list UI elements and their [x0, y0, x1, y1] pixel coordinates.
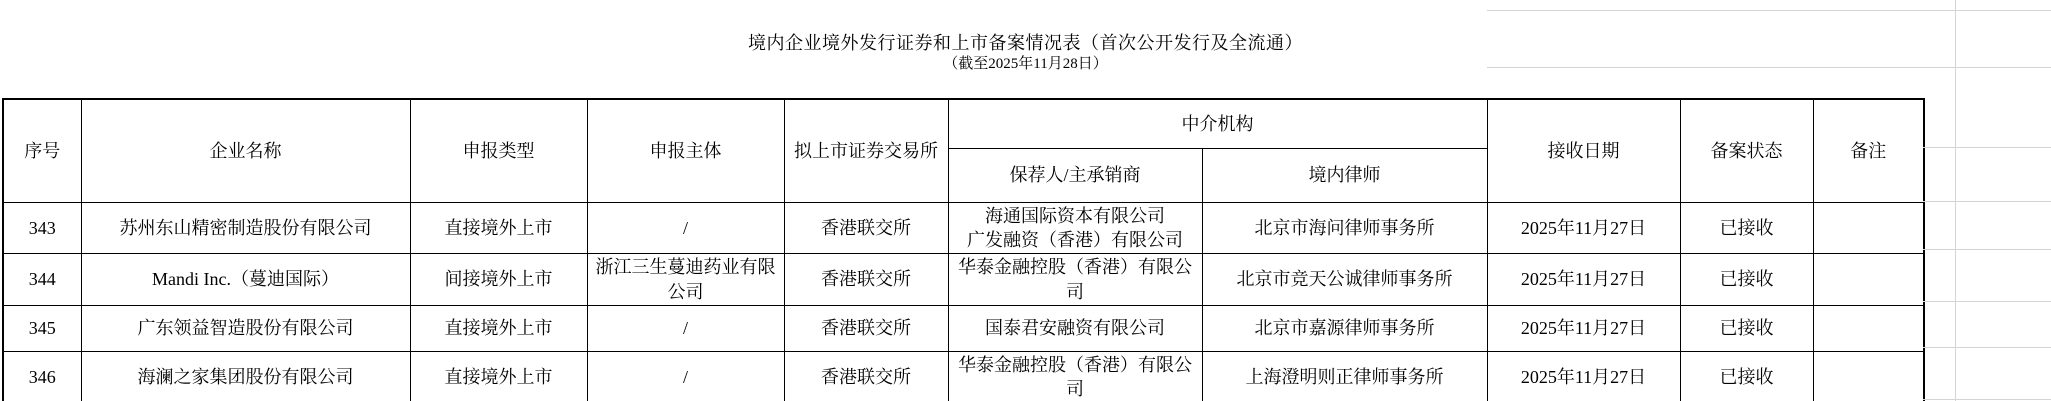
- cell-filing-entity: /: [587, 306, 784, 352]
- table-row: 346 海澜之家集团股份有限公司 直接境外上市 / 香港联交所 华泰金融控股（香…: [3, 352, 1924, 401]
- cell-filing-entity: /: [587, 202, 784, 254]
- cell-exchange: 香港联交所: [784, 254, 948, 306]
- cell-company: Mandi Inc.（蔓迪国际）: [81, 254, 410, 306]
- cell-seq: 343: [3, 202, 81, 254]
- cell-domestic-lawyer: 北京市海问律师事务所: [1202, 202, 1487, 254]
- col-header-seq: 序号: [3, 99, 81, 202]
- cell-receipt-date: 2025年11月27日: [1487, 306, 1680, 352]
- spreadsheet-page: 境内企业境外发行证券和上市备案情况表（首次公开发行及全流通） （截至2025年1…: [0, 0, 2051, 401]
- gridline-horizontal: [1487, 10, 2051, 11]
- cell-company: 苏州东山精密制造股份有限公司: [81, 202, 410, 254]
- cell-domestic-lawyer: 上海澄明则正律师事务所: [1202, 352, 1487, 401]
- cell-domestic-lawyer: 北京市嘉源律师事务所: [1202, 306, 1487, 352]
- cell-filing-type: 直接境外上市: [410, 352, 587, 401]
- cell-seq: 344: [3, 254, 81, 306]
- cell-filing-status: 已接收: [1680, 202, 1813, 254]
- cell-filing-entity: 浙江三生蔓迪药业有限公司: [587, 254, 784, 306]
- cell-company: 海澜之家集团股份有限公司: [81, 352, 410, 401]
- col-header-filing-type: 申报类型: [410, 99, 587, 202]
- cell-receipt-date: 2025年11月27日: [1487, 202, 1680, 254]
- col-header-sponsor: 保荐人/主承销商: [948, 148, 1202, 202]
- cell-remarks: [1813, 202, 1924, 254]
- cell-exchange: 香港联交所: [784, 202, 948, 254]
- cell-remarks: [1813, 352, 1924, 401]
- cell-filing-type: 直接境外上市: [410, 306, 587, 352]
- cell-filing-status: 已接收: [1680, 254, 1813, 306]
- cell-receipt-date: 2025年11月27日: [1487, 254, 1680, 306]
- table-row: 345 广东领益智造股份有限公司 直接境外上市 / 香港联交所 国泰君安融资有限…: [3, 306, 1924, 352]
- col-header-receipt-date: 接收日期: [1487, 99, 1680, 202]
- table-row: 343 苏州东山精密制造股份有限公司 直接境外上市 / 香港联交所 海通国际资本…: [3, 202, 1924, 254]
- cell-filing-status: 已接收: [1680, 306, 1813, 352]
- cell-sponsor: 华泰金融控股（香港）有限公司: [948, 254, 1202, 306]
- cell-seq: 346: [3, 352, 81, 401]
- col-header-filing-entity: 申报主体: [587, 99, 784, 202]
- filing-table: 序号 企业名称 申报类型 申报主体 拟上市证券交易所 中介机构 接收日期 备案状…: [2, 98, 1925, 401]
- col-header-filing-status: 备案状态: [1680, 99, 1813, 202]
- page-subtitle: （截至2025年11月28日）: [0, 52, 2051, 73]
- cell-company: 广东领益智造股份有限公司: [81, 306, 410, 352]
- gridline-horizontal: [1923, 249, 2051, 250]
- gridline-horizontal: [1923, 147, 2051, 148]
- cell-exchange: 香港联交所: [784, 352, 948, 401]
- gridline-horizontal: [1923, 347, 2051, 348]
- cell-receipt-date: 2025年11月27日: [1487, 352, 1680, 401]
- cell-filing-type: 直接境外上市: [410, 202, 587, 254]
- cell-sponsor: 海通国际资本有限公司 广发融资（香港）有限公司: [948, 202, 1202, 254]
- cell-seq: 345: [3, 306, 81, 352]
- gridline-horizontal: [1923, 201, 2051, 202]
- cell-sponsor: 华泰金融控股（香港）有限公司: [948, 352, 1202, 401]
- col-header-remarks: 备注: [1813, 99, 1924, 202]
- cell-remarks: [1813, 306, 1924, 352]
- table-row: 344 Mandi Inc.（蔓迪国际） 间接境外上市 浙江三生蔓迪药业有限公司…: [3, 254, 1924, 306]
- col-header-intermediaries: 中介机构: [948, 99, 1487, 148]
- cell-domestic-lawyer: 北京市竞天公诚律师事务所: [1202, 254, 1487, 306]
- cell-filing-entity: /: [587, 352, 784, 401]
- gridline-horizontal: [1923, 301, 2051, 302]
- gridline-horizontal: [1487, 67, 2051, 68]
- col-header-company: 企业名称: [81, 99, 410, 202]
- cell-filing-type: 间接境外上市: [410, 254, 587, 306]
- cell-filing-status: 已接收: [1680, 352, 1813, 401]
- cell-exchange: 香港联交所: [784, 306, 948, 352]
- col-header-exchange: 拟上市证券交易所: [784, 99, 948, 202]
- gridline-horizontal: [1923, 399, 2051, 400]
- cell-sponsor: 国泰君安融资有限公司: [948, 306, 1202, 352]
- cell-remarks: [1813, 254, 1924, 306]
- col-header-domestic-lawyer: 境内律师: [1202, 148, 1487, 202]
